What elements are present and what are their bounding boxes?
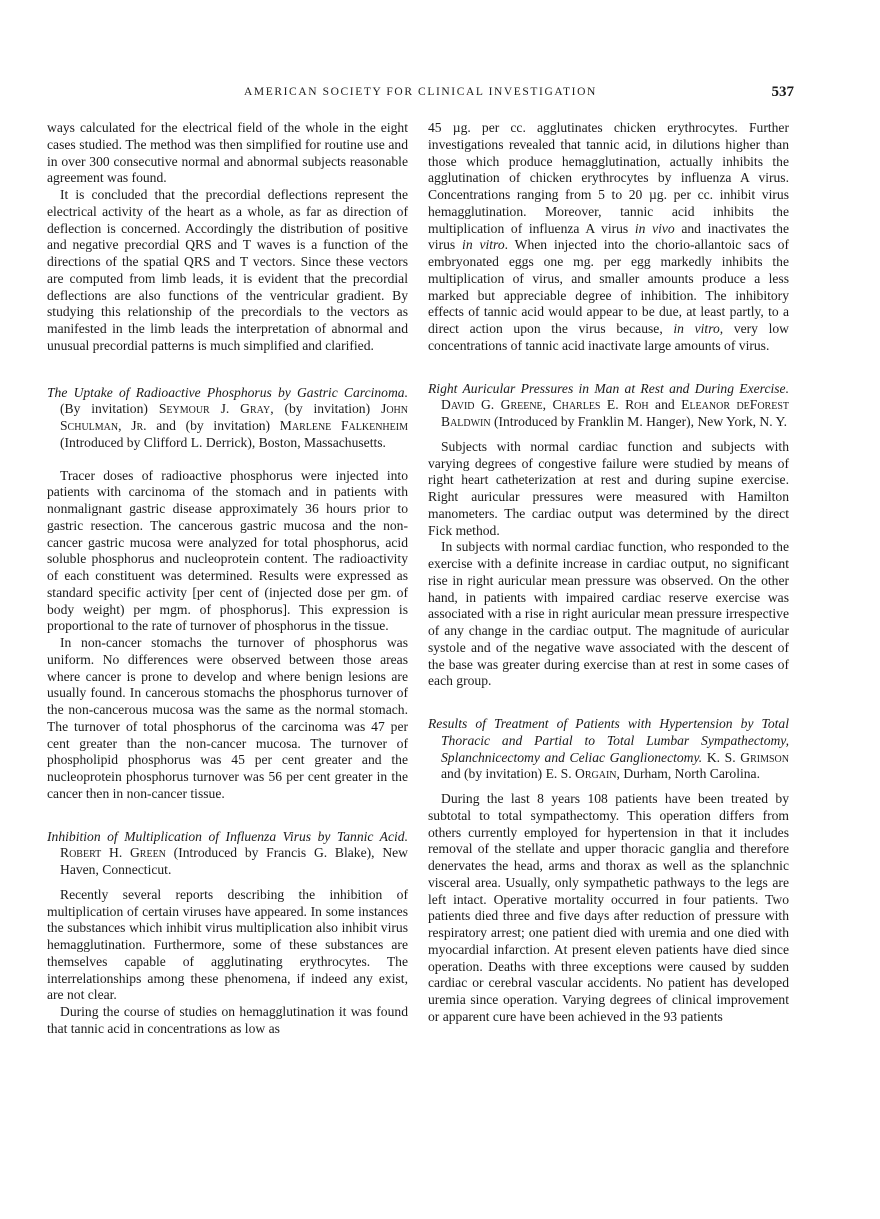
abstract-heading: Inhibition of Multiplication of Influenz… <box>47 829 408 879</box>
running-head: AMERICAN SOCIETY FOR CLINICAL INVESTIGAT… <box>244 86 597 98</box>
author-name: Seymour J. Gray <box>159 401 270 416</box>
abstract-title: The Uptake of Radioactive Phosphorus by … <box>47 385 408 400</box>
paragraph: In non-cancer stomachs the turnover of p… <box>47 635 408 803</box>
author-name: Robert H. Green <box>60 845 166 860</box>
abstract-title: Inhibition of Multiplication of Influenz… <box>47 829 408 844</box>
abstract-heading: Results of Treatment of Patients with Hy… <box>428 716 789 783</box>
paragraph: Subjects with normal cardiac function an… <box>428 439 789 540</box>
left-column: ways calculated for the electrical field… <box>47 120 408 1038</box>
paragraph: Recently several reports describing the … <box>47 887 408 1004</box>
continued-paragraph: ways calculated for the electrical field… <box>47 120 408 187</box>
paragraph: During the last 8 years 108 patients hav… <box>428 791 789 1026</box>
paragraph: Tracer doses of radioactive phosphorus w… <box>47 468 408 636</box>
right-column: 45 µg. per cc. agglutinates chicken eryt… <box>428 120 789 1026</box>
affiliation: (Introduced by Clifford L. Derrick), Bos… <box>60 435 386 450</box>
author-name: K. S. Grimson <box>707 750 789 765</box>
author-name: David G. Greene <box>441 397 543 412</box>
paragraph: It is concluded that the precordial defl… <box>47 187 408 355</box>
paragraph: In subjects with normal cardiac function… <box>428 539 789 690</box>
affiliation: (Introduced by Franklin M. Hanger), New … <box>491 414 787 429</box>
author-name: Marlene Falkenheim <box>280 418 408 433</box>
author-name: E. S. Orgain <box>546 766 617 781</box>
abstract-title: Right Auricular Pressures in Man at Rest… <box>428 381 789 396</box>
page-number: 537 <box>772 84 795 101</box>
abstract-heading: Right Auricular Pressures in Man at Rest… <box>428 381 789 431</box>
page-header: AMERICAN SOCIETY FOR CLINICAL INVESTIGAT… <box>48 86 794 104</box>
continued-paragraph: 45 µg. per cc. agglutinates chicken eryt… <box>428 120 789 355</box>
author-name: Charles E. Roh <box>553 397 649 412</box>
paragraph: During the course of studies on hemagglu… <box>47 1004 408 1038</box>
abstract-heading: The Uptake of Radioactive Phosphorus by … <box>47 385 408 452</box>
affiliation: , Durham, North Carolina. <box>617 766 760 781</box>
